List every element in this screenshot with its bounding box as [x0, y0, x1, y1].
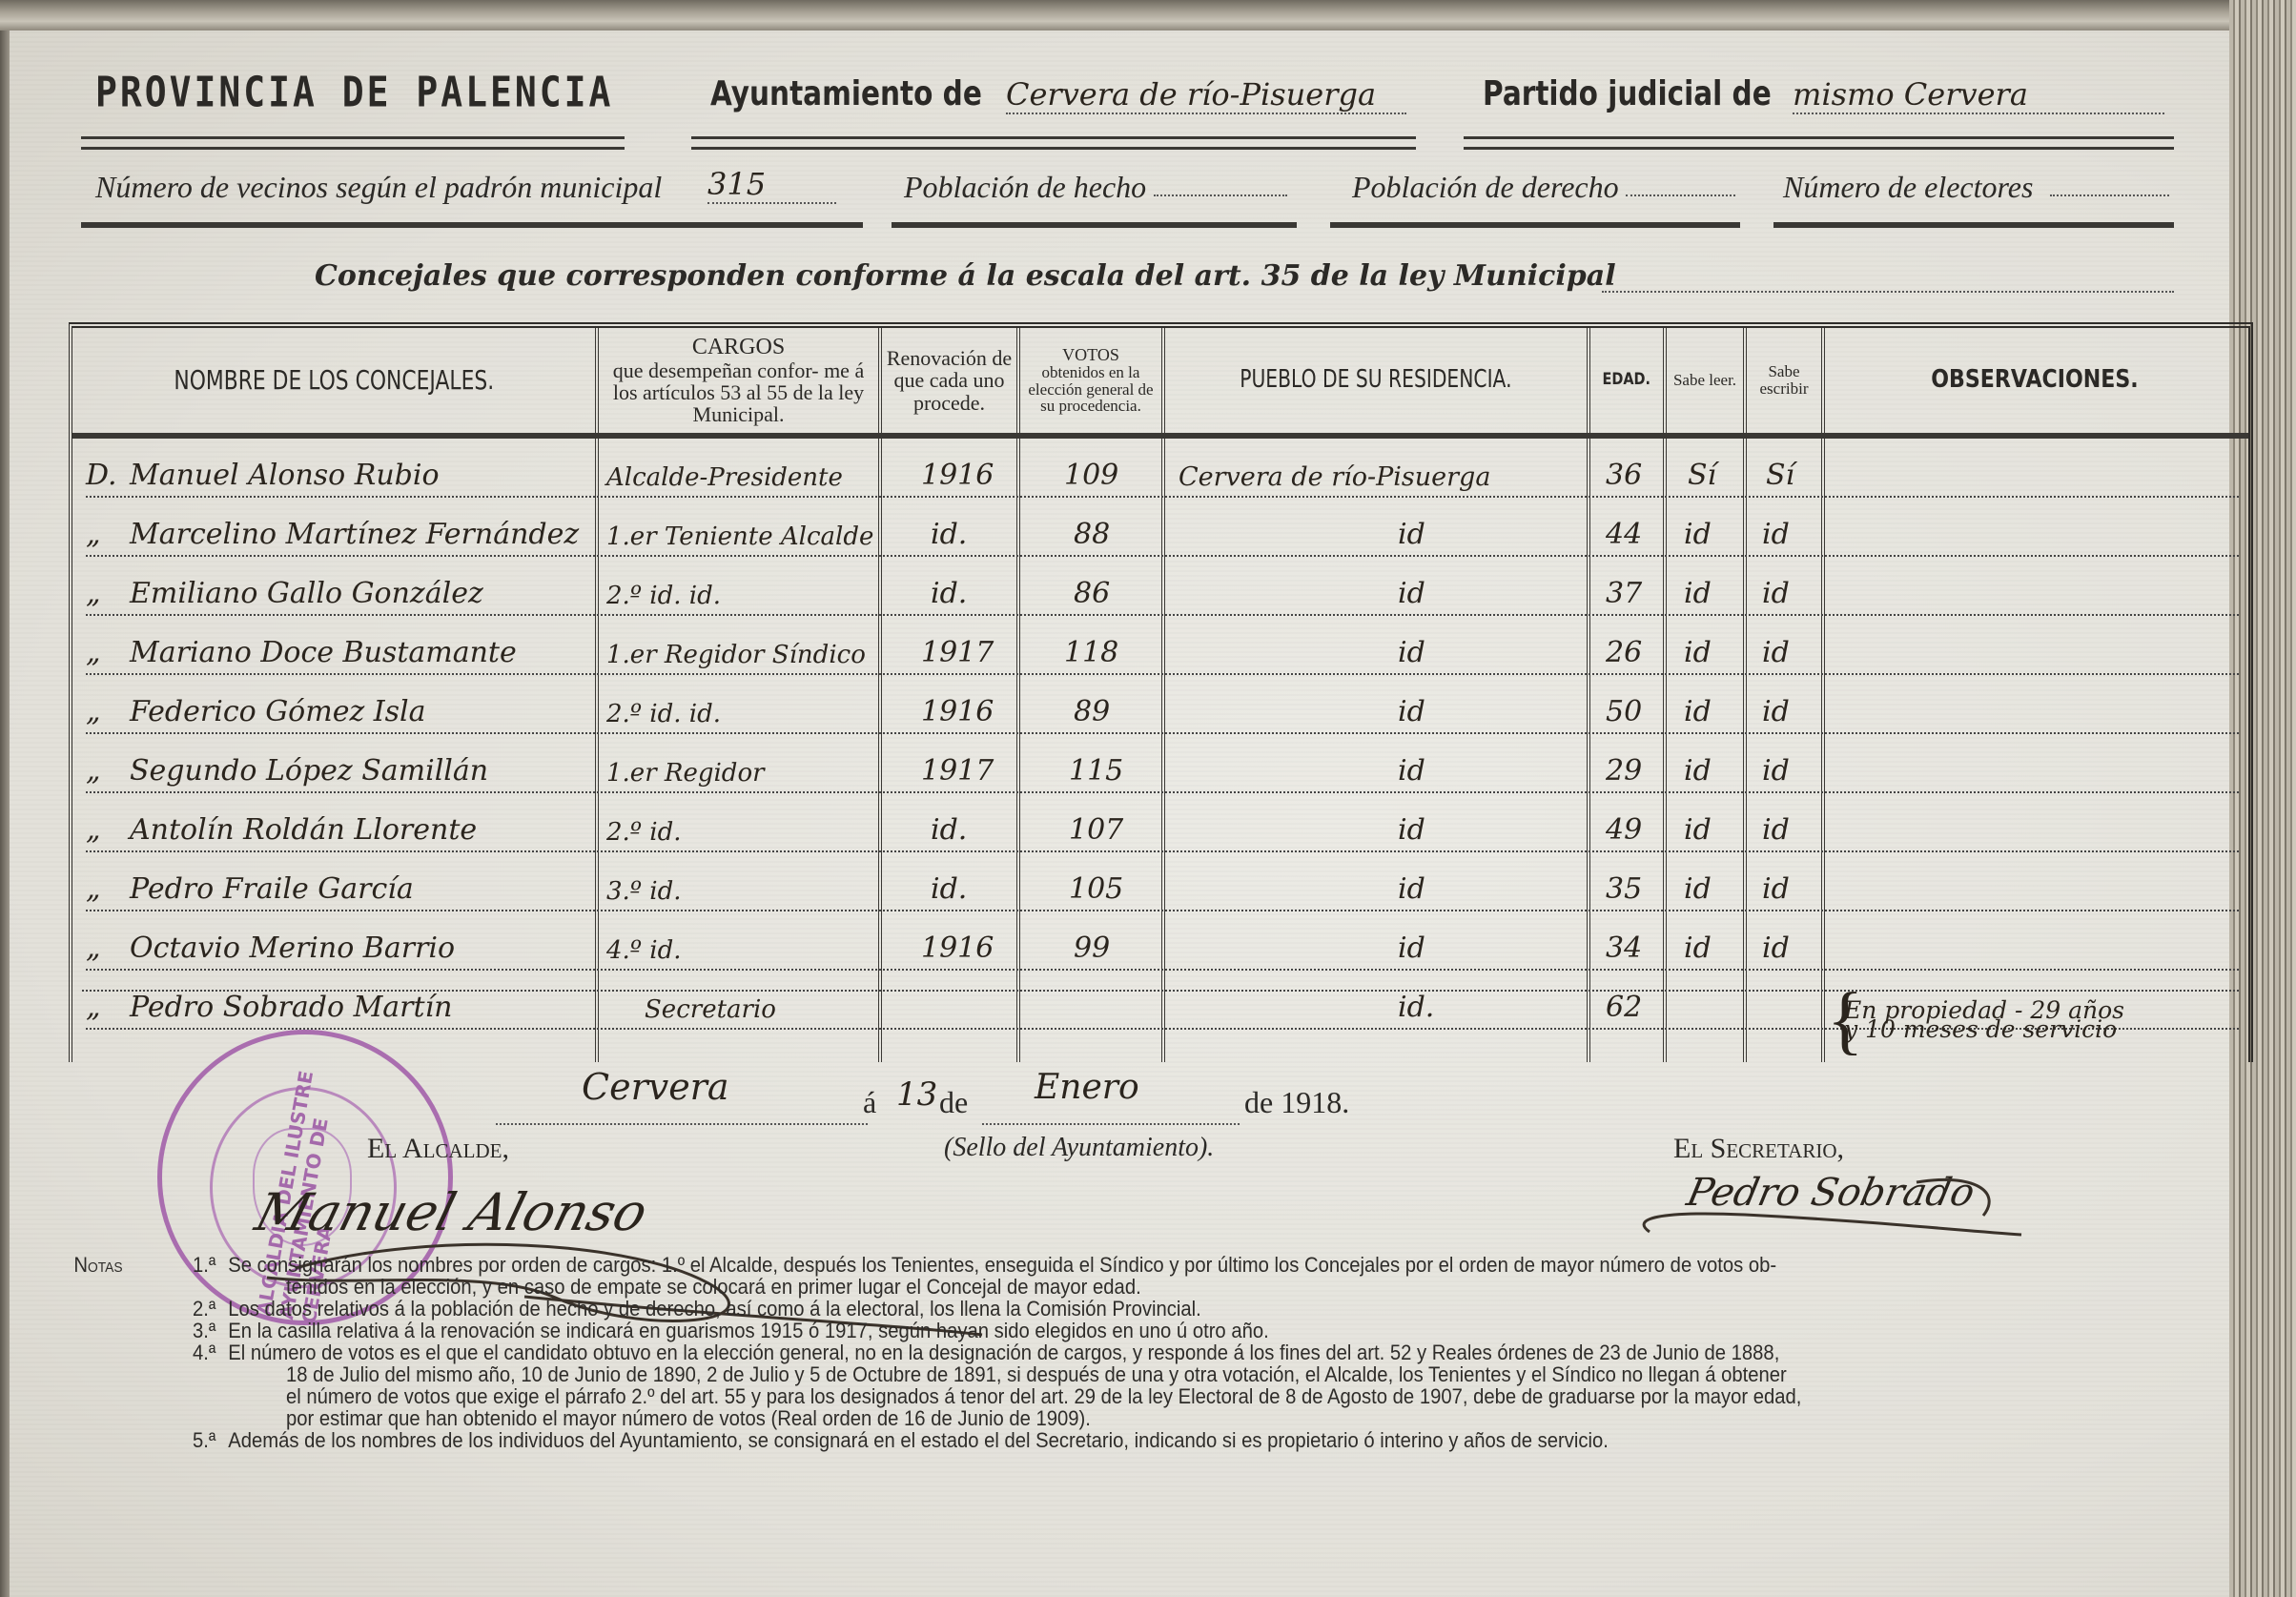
row-line	[82, 990, 2239, 992]
header-nombre: NOMBRE DE LOS CONCEJALES.	[72, 328, 595, 433]
poblacion-hecho-label: Población de hecho	[904, 170, 1146, 205]
row-votos: 88	[1074, 518, 1110, 551]
row-edad: 37	[1606, 577, 1642, 610]
row-renovacion: 1917	[921, 636, 994, 669]
row-cargo: 1.er Regidor	[606, 759, 765, 788]
header-votos-title: VOTOS	[1062, 346, 1119, 364]
notes-section: Notas 1.ª Se consignarán los nombres por…	[67, 1254, 1997, 1451]
row-leer: id	[1684, 932, 1712, 965]
divider	[1330, 222, 1740, 228]
row-prefix: „	[86, 636, 101, 669]
header-sabe-leer: Sabe leer.	[1667, 328, 1743, 433]
row-prefix: „	[86, 695, 101, 728]
row-votos: 109	[1064, 459, 1118, 492]
row-escribir: id	[1762, 695, 1790, 728]
note-item: 2.ª Los datos relativos á la población d…	[150, 1298, 1997, 1320]
row-edad: 49	[1606, 813, 1642, 847]
note-text: Se consignarán los nombres por orden de …	[228, 1254, 1776, 1276]
brace-icon: {	[1827, 982, 1863, 1058]
date-de-label: de	[939, 1085, 968, 1120]
row-votos: 107	[1069, 813, 1123, 847]
row-votos: 99	[1074, 932, 1110, 965]
divider	[1464, 136, 2174, 150]
row-prefix: D.	[86, 459, 117, 492]
table-row: „ Mariano Doce Bustamante 1.er Regidor S…	[72, 616, 2248, 675]
table-row: „ Federico Gómez Isla 2.º id. id. 1916 8…	[72, 675, 2248, 734]
header-sabe-leer-text: Sabe leer.	[1673, 372, 1736, 389]
table-row: „ Antolín Roldán Llorente 2.º id. id. 10…	[72, 793, 2248, 852]
row-edad: 34	[1606, 932, 1642, 965]
electores-value	[2050, 195, 2169, 196]
row-pueblo: id	[1398, 872, 1425, 906]
row-leer: id	[1684, 577, 1712, 610]
table-row: y 10 meses de servicio	[72, 1030, 2248, 1062]
row-nombre: Pedro Sobrado Martín	[130, 991, 453, 1024]
row-pueblo: id	[1398, 813, 1425, 847]
header-pueblo-text: PUEBLO DE SU RESIDENCIA.	[1240, 367, 1511, 393]
row-prefix: „	[86, 872, 101, 906]
row-cargo: Secretario	[645, 995, 776, 1024]
divider	[81, 136, 625, 150]
row-edad: 35	[1606, 872, 1642, 906]
secretario-label: El Secretario,	[1673, 1133, 1844, 1165]
header-votos: VOTOS obtenidos en la elección general d…	[1020, 328, 1161, 433]
row-cargo: 2.º id.	[606, 818, 682, 847]
note-number: 5.ª	[150, 1429, 228, 1451]
concejales-value	[1602, 291, 2174, 293]
row-prefix: „	[86, 813, 101, 847]
notes-label: Notas	[73, 1254, 122, 1276]
row-renovacion: 1916	[921, 459, 994, 492]
row-pueblo: id	[1398, 577, 1425, 610]
header-cargos-title: CARGOS	[692, 336, 785, 359]
row-leer: id	[1684, 754, 1712, 788]
row-votos: 89	[1074, 695, 1110, 728]
header-nombre-text: NOMBRE DE LOS CONCEJALES.	[174, 366, 494, 394]
header-pueblo: PUEBLO DE SU RESIDENCIA.	[1165, 328, 1587, 433]
poblacion-hecho-value	[1154, 195, 1287, 196]
row-nombre: Manuel Alonso Rubio	[130, 459, 440, 492]
row-observaciones: y 10 meses de servicio	[1844, 1015, 2117, 1043]
row-pueblo: id	[1398, 754, 1425, 788]
divider	[1773, 222, 2174, 228]
ayuntamiento-field: Ayuntamiento de	[710, 74, 1041, 113]
row-edad: 62	[1606, 991, 1642, 1024]
header-cargos: CARGOS que desempeñan confor- me á los a…	[599, 328, 878, 433]
partido-label: Partido judicial de	[1483, 74, 1772, 113]
row-prefix: „	[86, 518, 101, 551]
row-edad: 36	[1606, 459, 1642, 492]
row-pueblo: Cervera de río-Pisuerga	[1179, 462, 1490, 492]
row-nombre: Mariano Doce Bustamante	[130, 636, 517, 669]
row-edad: 44	[1606, 518, 1642, 551]
note-text: El número de votos es el que el candidat…	[228, 1341, 1779, 1363]
row-nombre: Federico Gómez Isla	[130, 695, 426, 728]
row-pueblo: id	[1398, 932, 1425, 965]
row-edad: 29	[1606, 754, 1642, 788]
poblacion-derecho-label: Población de derecho	[1352, 170, 1619, 205]
row-edad: 26	[1606, 636, 1642, 669]
header-renovacion: Renovación de que cada uno procede.	[882, 328, 1016, 433]
header-sabe-escribir: Sabe escribir	[1747, 328, 1821, 433]
table-row: D. Manuel Alonso Rubio Alcalde-President…	[72, 439, 2248, 498]
row-votos: 118	[1064, 636, 1118, 669]
row-escribir: Sí	[1766, 459, 1794, 492]
date-a-label: á	[863, 1085, 876, 1120]
header-observaciones: OBSERVACIONES.	[1825, 328, 2245, 433]
ayuntamiento-value: Cervera de río-Pisuerga	[1006, 76, 1406, 114]
vecinos-value: 315	[707, 166, 836, 204]
note-continuation: el número de votos que exige el párrafo …	[150, 1385, 1997, 1407]
page-edge-top	[0, 0, 2296, 31]
row-prefix: „	[86, 577, 101, 610]
note-item: 3.ª En la casilla relativa á la renovaci…	[150, 1320, 1997, 1341]
vecinos-label: Número de vecinos según el padrón munici…	[95, 170, 662, 205]
ayuntamiento-label: Ayuntamiento de	[710, 74, 982, 113]
signature-flourish	[1630, 1173, 2031, 1239]
row-renovacion: 1917	[921, 754, 994, 788]
row-renovacion: id.	[931, 872, 967, 906]
row-edad: 50	[1606, 695, 1642, 728]
note-continuation: tenidos en la elección, y en caso de emp…	[150, 1276, 1997, 1298]
divider	[892, 222, 1297, 228]
row-leer: id	[1684, 872, 1712, 906]
note-text: Además de los nombres de los individuos …	[228, 1429, 1609, 1451]
table-row: „ Octavio Merino Barrio 4.º id. 1916 99 …	[72, 911, 2248, 971]
note-continuation: 18 de Julio del mismo año, 10 de Junio d…	[150, 1363, 1997, 1385]
note-item: 1.ª Se consignarán los nombres por orden…	[150, 1254, 1997, 1276]
row-leer: id	[1684, 813, 1712, 847]
date-year: de 1918.	[1244, 1085, 1349, 1120]
row-escribir: id	[1762, 872, 1790, 906]
row-leer: id	[1684, 636, 1712, 669]
row-pueblo: id	[1398, 636, 1425, 669]
province-title: PROVINCIA DE PALENCIA	[95, 68, 613, 116]
concejales-table: NOMBRE DE LOS CONCEJALES. CARGOS que des…	[69, 322, 2253, 1062]
poblacion-derecho-value	[1626, 195, 1735, 196]
row-prefix: „	[86, 754, 101, 788]
electores-label: Número de electores	[1783, 170, 2033, 205]
note-text: En la casilla relativa á la renovación s…	[228, 1320, 1268, 1341]
table-row: „ Emiliano Gallo González 2.º id. id. id…	[72, 557, 2248, 616]
row-prefix: „	[86, 991, 101, 1024]
sello-label: (Sello del Ayuntamiento).	[944, 1133, 1214, 1163]
table-row: „ Pedro Fraile García 3.º id. id. 105 id…	[72, 852, 2248, 911]
header-observaciones-text: OBSERVACIONES.	[1931, 367, 2139, 393]
row-nombre: Marcelino Martínez Fernández	[130, 518, 579, 551]
row-nombre: Emiliano Gallo González	[130, 577, 483, 610]
note-number: 4.ª	[150, 1341, 228, 1363]
row-escribir: id	[1762, 577, 1790, 610]
row-cargo: 4.º id.	[606, 936, 682, 965]
row-renovacion: id.	[931, 518, 967, 551]
row-cargo: Alcalde-Presidente	[606, 463, 843, 492]
row-nombre: Segundo López Samillán	[130, 754, 488, 788]
row-renovacion: id.	[931, 577, 967, 610]
header-votos-sub: obtenidos en la elección general de su p…	[1024, 364, 1158, 416]
note-text: Los datos relativos á la población de he…	[228, 1298, 1200, 1320]
header-renovacion-text: Renovación de que cada uno procede.	[886, 347, 1013, 413]
row-renovacion: 1916	[921, 695, 994, 728]
table-header: NOMBRE DE LOS CONCEJALES. CARGOS que des…	[72, 328, 2248, 439]
row-cargo: 2.º id. id.	[606, 582, 721, 610]
partido-field: Partido judicial de	[1483, 74, 1835, 113]
concejales-label: Concejales que corresponden conforme á l…	[315, 259, 1616, 293]
header-cargos-sub: que desempeñan confor- me á los artículo…	[599, 359, 878, 425]
row-votos: 86	[1074, 577, 1110, 610]
row-prefix: „	[86, 932, 101, 965]
row-nombre: Antolín Roldán Llorente	[130, 813, 477, 847]
date-month: Enero	[1035, 1068, 1139, 1107]
row-escribir: id	[1762, 754, 1790, 788]
note-number: 1.ª	[150, 1254, 228, 1276]
note-item: 5.ª Además de los nombres de los individ…	[150, 1429, 1997, 1451]
date-day: 13	[896, 1075, 937, 1114]
partido-value: mismo Cervera	[1793, 76, 2164, 114]
divider	[691, 136, 1416, 150]
row-renovacion: 1916	[921, 932, 994, 965]
row-nombre: Octavio Merino Barrio	[130, 932, 455, 965]
row-escribir: id	[1762, 813, 1790, 847]
header-edad: EDAD.	[1590, 328, 1663, 433]
row-votos: 105	[1069, 872, 1123, 906]
row-votos: 115	[1069, 754, 1123, 788]
alcalde-label: El Alcalde,	[367, 1133, 509, 1165]
note-number: 3.ª	[150, 1320, 228, 1341]
row-pueblo: id	[1398, 518, 1425, 551]
row-cargo: 3.º id.	[606, 877, 682, 906]
divider	[81, 222, 863, 228]
row-nombre: Pedro Fraile García	[130, 872, 414, 906]
table-row: „ Segundo López Samillán 1.er Regidor 19…	[72, 734, 2248, 793]
header-edad-text: EDAD.	[1603, 372, 1651, 389]
header-sabe-escribir-text: Sabe escribir	[1749, 363, 1819, 398]
row-leer: id	[1684, 518, 1712, 551]
note-item: 4.ª El número de votos es el que el cand…	[150, 1341, 1997, 1363]
row-pueblo: id.	[1398, 991, 1434, 1024]
row-leer: Sí	[1688, 459, 1716, 492]
date-place: Cervera	[582, 1066, 729, 1108]
row-escribir: id	[1762, 518, 1790, 551]
note-number: 2.ª	[150, 1298, 228, 1320]
row-cargo: 1.er Teniente Alcalde	[606, 522, 873, 551]
row-cargo: 2.º id. id.	[606, 700, 721, 728]
note-continuation: por estimar que han obtenido el mayor nú…	[150, 1407, 1997, 1429]
row-cargo: 1.er Regidor Síndico	[606, 641, 866, 669]
table-row: „ Marcelino Martínez Fernández 1.er Teni…	[72, 498, 2248, 557]
row-escribir: id	[1762, 932, 1790, 965]
row-escribir: id	[1762, 636, 1790, 669]
row-pueblo: id	[1398, 695, 1425, 728]
row-renovacion: id.	[931, 813, 967, 847]
row-leer: id	[1684, 695, 1712, 728]
